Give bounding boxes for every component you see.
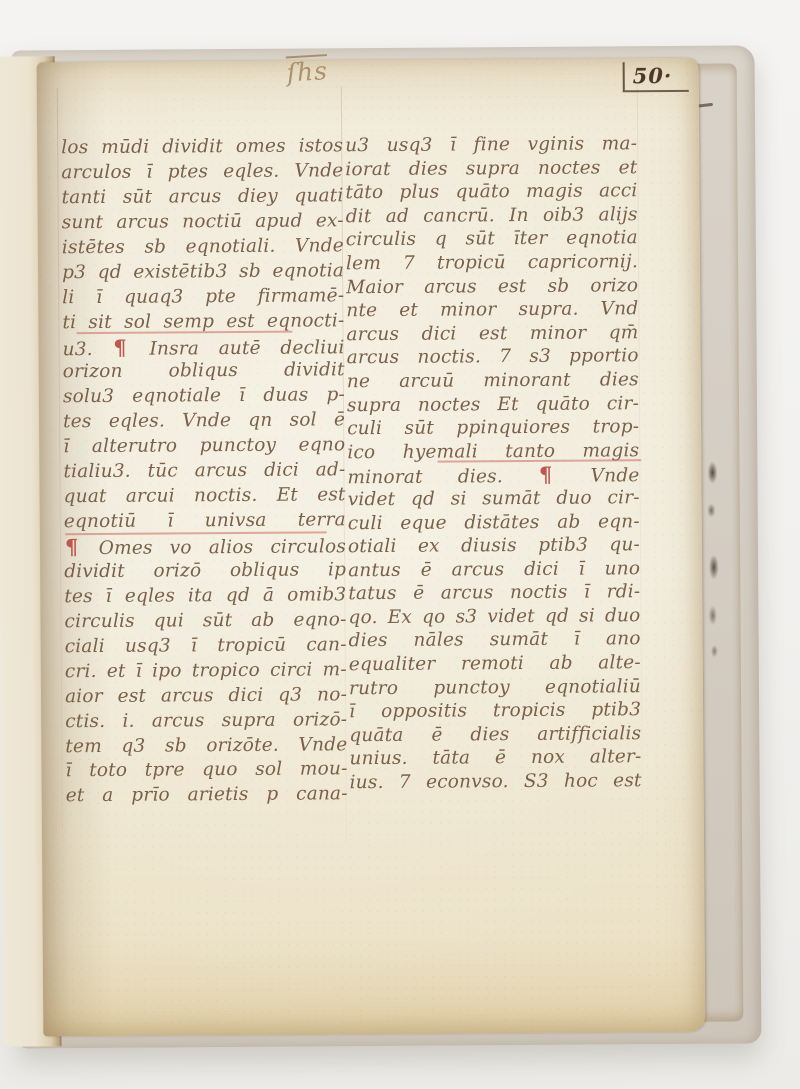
manuscript-line: quat arcui noctis. Et est [64,483,346,510]
manuscript-line: culi eque distātes ab eqn- [348,510,640,536]
manuscript-line: u3 usq3 ī fine vginis ma- [345,132,637,158]
manuscript-line: supra noctes Et quāto cir- [347,392,639,418]
manuscript-line: cri. et ī ipo tropico circi m- [65,658,347,685]
manuscript-line: qo. Ex qo s3 videt qd si duo [348,604,640,630]
manuscript-line: los mūdi dividit omes istos [61,134,343,161]
manuscript-line: istētes sb eqnotiali. Vnde [62,234,344,261]
manuscript-line: ne arcuū minorant dies [347,368,639,394]
manuscript-line: culi sūt ppinquiores trop- [347,415,639,441]
manuscript-line: circulis q sūt īter eqnotia [346,227,638,253]
manuscript-line: arculos ī ptes eqles. Vnde [61,159,343,186]
edge-ink-stains [705,452,720,662]
manuscript-line: ius. 7 econvso. S3 hoc est [350,769,642,795]
manuscript-line: antus ē arcus dici ī uno [348,557,640,583]
manuscript-line: videt qd si sumāt duo cir- [348,486,640,512]
manuscript-line: nte et minor supra. Vnd [346,297,638,323]
manuscript-line: equaliter remoti ab alte- [349,651,641,677]
manuscript-line: tāto plus quāto magis acci [345,179,637,205]
manuscript-line: tatus ē arcus noctis ī rdi- [348,580,640,606]
manuscript-line: p3 qd existētib3 sb eqnotia [62,259,344,286]
manuscript-line: ti sit sol semp est eqnocti- [62,309,344,336]
manuscript-line: dies nāles sumāt ī ano [349,628,641,654]
manuscript-line: tes ī eqles ita qd ā omib3 [64,583,346,610]
manuscript-line: ctis. i. arcus supra orizō- [65,708,347,735]
manuscript-line: rutro punctoy eqnotialiū [349,675,641,701]
manuscript-line: orizon obliqus dividit [63,359,345,386]
manuscript-line: tanti sūt arcus diey quati [61,184,343,211]
manuscript-line: ico hyemali tanto magis [347,439,639,465]
manuscript-line: eqnotiū ī univsa terra [64,508,346,535]
photo-backdrop: { "photo": { "backdrop_color": "#f2f1ef"… [0,0,800,1089]
pilcrow-mark: ¶ [64,534,82,559]
manuscript-line: sunt arcus noctiū apud ex- [62,209,344,236]
manuscript-line: dividit orizō obliqus ip [64,558,346,585]
manuscript-line: tes eqles. Vnde qn sol ē [63,409,345,436]
manuscript-line: dit ad cancrū. In oib3 alijs [346,203,638,229]
text-column-left: los mūdi dividit omes istosarculos ī pte… [61,134,348,809]
manuscript-line: aior est arcus dici q3 no- [65,683,347,710]
manuscript-line: ī alterutro punctoy eqno [63,433,345,460]
manuscript-line: arcus dici est minor qm̄ [346,321,638,347]
manuscript-line: iorat dies supra noctes et [345,156,637,182]
manuscript-line: unius. tāta ē nox alter- [349,746,641,772]
manuscript-line: circulis qui sūt ab eqno- [64,608,346,635]
manuscript-line: u3. ¶ Insra autē decliui [63,334,345,361]
manuscript-line: Maior arcus est sb orizo [346,274,638,300]
manuscript-line: ī toto tpre quo sol mou- [65,758,347,785]
manuscript-line: ciali usq3 ī tropicū can- [65,633,347,660]
manuscript-line: tialiu3. tūc arcus dici ad- [63,458,345,485]
manuscript-line: ¶ Omes vo alios circulos [64,533,346,560]
manuscript-line: et a prīo arietis p cana- [66,783,348,810]
manuscript-line: quāta ē dies artifficialis [349,722,641,748]
manuscript-line: arcus noctis. 7 s3 pportio [347,345,639,371]
manuscript-line: tem q3 sb orizōte. Vnde [65,733,347,760]
folio-number: 50· [623,62,689,92]
edge-ink-mark [697,103,713,108]
manuscript-line: ī oppositis tropicis ptib3 [349,698,641,724]
manuscript-line: otiali ex diusis ptib3 qu- [348,533,640,559]
manuscript-book: ſhs 50· los mūdi dividit omes istosarcul… [0,43,765,1052]
manuscript-page: ſhs 50· los mūdi dividit omes istosarcul… [37,58,706,1037]
manuscript-line: li ī quaq3 pte firmamē- [62,284,344,311]
manuscript-line: lem 7 tropicū capricornij. [346,250,638,276]
manuscript-line: solu3 eqnotiale ī duas p- [63,384,345,411]
jhs-monogram: ſhs [286,54,358,87]
text-column-right: u3 usq3 ī fine vginis ma-iorat dies supr… [345,132,642,795]
pilcrow-mark: ¶ [538,462,556,487]
manuscript-line: minorat dies. ¶ Vnde [347,463,639,489]
pilcrow-mark: ¶ [112,334,130,359]
